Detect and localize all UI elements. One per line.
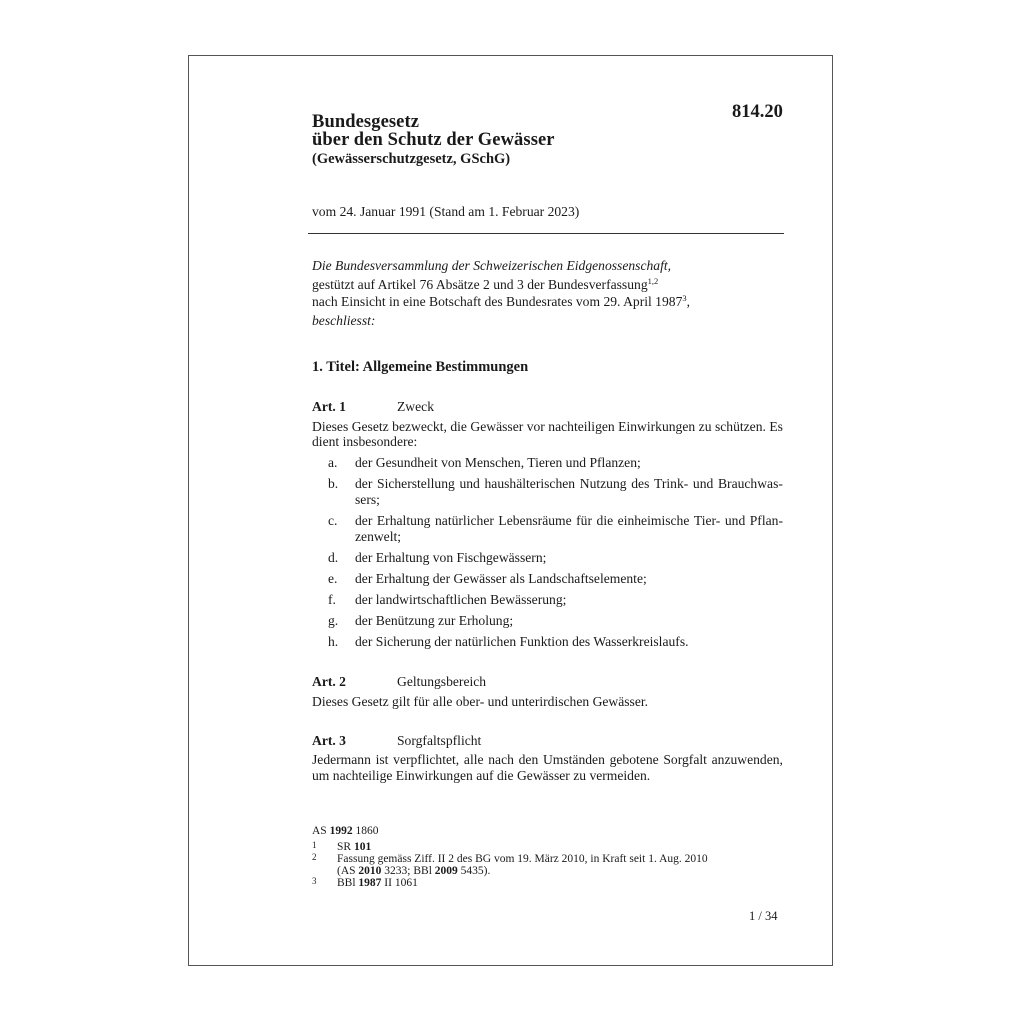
footnote-text: SR 101: [337, 842, 371, 854]
list-item-letter: g.: [328, 614, 338, 628]
article-1-number: Art. 1: [312, 400, 346, 414]
word: zu: [699, 420, 712, 434]
preamble-basis: gestützt auf Artikel 76 Absätze 2 und 3 …: [312, 278, 658, 292]
article-1-title: Zweck: [397, 400, 434, 414]
list-item-text: der Gesundheit von Menschen, Tieren und …: [355, 456, 641, 470]
word: schützen.: [715, 420, 766, 434]
article-3-title: Sorgfaltspflicht: [397, 734, 481, 748]
word: Einwirkungen: [618, 420, 695, 434]
preamble-resolves: beschliesst:: [312, 314, 375, 328]
preamble-basis-text: gestützt auf Artikel 76 Absätze 2 und 3 …: [312, 277, 648, 292]
page-indicator: 1 / 34: [749, 910, 777, 923]
list-item-text: der Erhaltung von Fischgewässern;: [355, 551, 546, 565]
list-item-letter: e.: [328, 572, 337, 586]
preamble-message-trailing: ,: [687, 294, 690, 309]
footnote-number: 1: [312, 841, 317, 850]
list-item-text: der Sicherung der natürlichen Funktion d…: [355, 635, 689, 649]
word: anzuwenden,: [712, 753, 783, 767]
justified-line: Jedermannistverpflichtet,allenachdenUmst…: [312, 753, 783, 767]
word: gebotene: [610, 753, 659, 767]
list-item-letter: a.: [328, 456, 337, 470]
word: alle: [464, 753, 484, 767]
footnote-ref[interactable]: 1,2: [648, 276, 659, 286]
section-heading: 1. Titel: Allgemeine Bestimmungen: [312, 360, 528, 375]
list-item-text: derErhaltungnatürlicherLebensräumefürdie…: [355, 514, 783, 528]
word: Es: [769, 420, 783, 434]
word: Gesetz: [352, 420, 389, 434]
word: den: [519, 753, 539, 767]
article-3-text-line-2: um nachteilige Einwirkungen auf die Gewä…: [312, 769, 650, 783]
list-item-text: der landwirtschaftlichen Bewässerung;: [355, 593, 566, 607]
list-item-text: sers;: [355, 493, 380, 507]
date-line: vom 24. Januar 1991 (Stand am 1. Februar…: [312, 205, 579, 219]
word: Dieses: [312, 420, 348, 434]
footnote-text: BBl 1987 II 1061: [337, 878, 418, 890]
footnote-number: 3: [312, 877, 317, 886]
justified-line: DiesesGesetzbezweckt,dieGewässervornacht…: [312, 420, 783, 434]
subtitle: (Gewässerschutzgesetz, GSchG): [312, 152, 510, 167]
list-item-letter: f.: [328, 593, 336, 607]
article-3-text-line-1: Jedermannistverpflichtet,allenachdenUmst…: [312, 753, 783, 767]
word: Jedermann: [312, 753, 371, 767]
article-1-text-line-2: dient insbesondere:: [312, 435, 417, 449]
footnote-text-continuation: (AS 2010 3233; BBl 2009 5435).: [337, 866, 490, 878]
list-item-text: der Erhaltung der Gewässer als Landschaf…: [355, 572, 647, 586]
document-page: [188, 55, 833, 966]
as-page: 1860: [353, 825, 379, 837]
preamble-enacting-body: Die Bundesversammlung der Schweizerische…: [312, 259, 671, 273]
list-item-text: derSicherstellungundhaushälterischenNutz…: [355, 477, 783, 491]
as-prefix: AS: [312, 825, 330, 837]
article-1-text-line-1: DiesesGesetzbezweckt,dieGewässervornacht…: [312, 420, 783, 434]
word: Gewässer: [470, 420, 523, 434]
footnote-text: Fassung gemäss Ziff. II 2 des BG vom 19.…: [337, 854, 708, 866]
as-year: 1992: [330, 825, 353, 837]
article-3-number: Art. 3: [312, 734, 346, 748]
list-item-letter: h.: [328, 635, 338, 649]
word: nach: [488, 753, 514, 767]
footnote-number: 2: [312, 853, 317, 862]
word: Umständen: [543, 753, 605, 767]
word: bezweckt,: [392, 420, 447, 434]
list-item-letter: d.: [328, 551, 338, 565]
list-item-text: zenwelt;: [355, 530, 401, 544]
header-divider: [308, 233, 784, 234]
word: die: [450, 420, 467, 434]
as-reference: AS 1992 1860: [312, 826, 378, 838]
list-item-letter: b.: [328, 477, 338, 491]
sr-number: 814.20: [732, 103, 783, 122]
preamble-message: nach Einsicht in eine Botschaft des Bund…: [312, 295, 690, 309]
article-2-number: Art. 2: [312, 675, 346, 689]
word: nachteiligen: [548, 420, 614, 434]
word: verpflichtet,: [393, 753, 459, 767]
article-2-title: Geltungsbereich: [397, 675, 486, 689]
list-item-letter: c.: [328, 514, 337, 528]
title-line-2: über den Schutz der Gewässer: [312, 131, 555, 150]
title-line-1: Bundesgesetz: [312, 113, 419, 132]
word: Sorgfalt: [663, 753, 707, 767]
article-2-text: Dieses Gesetz gilt für alle ober- und un…: [312, 695, 648, 709]
preamble-message-text: nach Einsicht in eine Botschaft des Bund…: [312, 294, 682, 309]
word: ist: [376, 753, 389, 767]
word: vor: [527, 420, 545, 434]
list-item-text: der Benützung zur Erholung;: [355, 614, 513, 628]
